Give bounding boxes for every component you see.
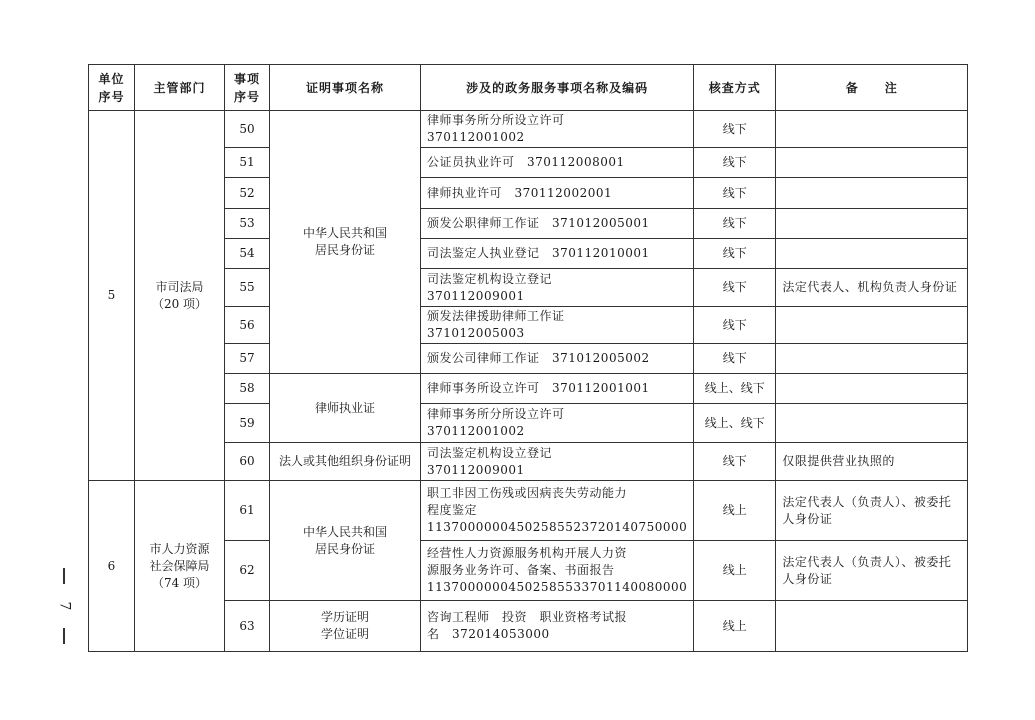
verification-method: 线下 xyxy=(694,239,776,269)
unit-no: 5 xyxy=(89,111,135,481)
verification-method: 线下 xyxy=(694,178,776,209)
item-no: 53 xyxy=(225,209,270,239)
remark: 法定代表人（负责人）、被委托人身份证 xyxy=(776,541,968,601)
item-no: 50 xyxy=(225,111,270,148)
department: 市司法局（20 项） xyxy=(135,111,225,481)
item-no: 55 xyxy=(225,269,270,307)
table-row: 6 市人力资源社会保障局（74 项） 61 中华人民共和国居民身份证 职工非因工… xyxy=(89,481,968,541)
verification-method: 线上 xyxy=(694,541,776,601)
verification-method: 线下 xyxy=(694,269,776,307)
item-no: 52 xyxy=(225,178,270,209)
verification-method: 线上 xyxy=(694,601,776,652)
service-item: 职工非因工伤残或因病丧失劳动能力程度鉴定11370000004502585523… xyxy=(421,481,694,541)
page-number: 7 xyxy=(52,568,76,644)
service-item: 律师执业许可 370112002001 xyxy=(421,178,694,209)
remark: 法定代表人、机构负责人身份证 xyxy=(776,269,968,307)
header-remarks: 备 注 xyxy=(776,65,968,111)
item-no: 56 xyxy=(225,307,270,344)
remark xyxy=(776,239,968,269)
certificate-name: 法人或其他组织身份证明 xyxy=(270,443,421,481)
service-item: 颁发公司律师工作证 371012005002 xyxy=(421,344,694,374)
verification-method: 线下 xyxy=(694,443,776,481)
item-no: 59 xyxy=(225,404,270,443)
unit-no: 6 xyxy=(89,481,135,652)
verification-method: 线下 xyxy=(694,111,776,148)
service-item: 咨询工程师 投资 职业资格考试报名 372014053000 xyxy=(421,601,694,652)
verification-method: 线上、线下 xyxy=(694,404,776,443)
remark xyxy=(776,374,968,404)
table-row: 5 市司法局（20 项） 50 中华人民共和国居民身份证 律师事务所分所设立许可… xyxy=(89,111,968,148)
service-item: 经营性人力资源服务机构开展人力资源服务业务许可、备案、书面报告113700000… xyxy=(421,541,694,601)
remark xyxy=(776,404,968,443)
service-item: 律师事务所设立许可 370112001001 xyxy=(421,374,694,404)
verification-method: 线下 xyxy=(694,148,776,178)
remark: 法定代表人（负责人）、被委托人身份证 xyxy=(776,481,968,541)
remark xyxy=(776,148,968,178)
certificate-items-table: 单位序号 主管部门 事项序号 证明事项名称 涉及的政务服务事项名称及编码 核查方… xyxy=(88,64,968,652)
page-number-value: 7 xyxy=(57,602,71,611)
certificate-name: 中华人民共和国居民身份证 xyxy=(270,481,421,601)
header-item-no: 事项序号 xyxy=(225,65,270,111)
item-no: 54 xyxy=(225,239,270,269)
item-no: 58 xyxy=(225,374,270,404)
verification-method: 线上 xyxy=(694,481,776,541)
header-unit-no: 单位序号 xyxy=(89,65,135,111)
remark xyxy=(776,307,968,344)
service-item: 司法鉴定人执业登记 370112010001 xyxy=(421,239,694,269)
verification-method: 线下 xyxy=(694,307,776,344)
header-service-item: 涉及的政务服务事项名称及编码 xyxy=(421,65,694,111)
item-no: 62 xyxy=(225,541,270,601)
item-no: 51 xyxy=(225,148,270,178)
verification-method: 线上、线下 xyxy=(694,374,776,404)
certificate-name: 中华人民共和国居民身份证 xyxy=(270,111,421,374)
service-item: 律师事务所分所设立许可370112001002 xyxy=(421,404,694,443)
remark: 仅限提供营业执照的 xyxy=(776,443,968,481)
verification-method: 线下 xyxy=(694,344,776,374)
table-header-row: 单位序号 主管部门 事项序号 证明事项名称 涉及的政务服务事项名称及编码 核查方… xyxy=(89,65,968,111)
item-no: 63 xyxy=(225,601,270,652)
item-no: 61 xyxy=(225,481,270,541)
service-item: 司法鉴定机构设立登记370112009001 xyxy=(421,269,694,307)
page-number-dash-bottom xyxy=(63,628,65,644)
remark xyxy=(776,209,968,239)
header-department: 主管部门 xyxy=(135,65,225,111)
item-no: 60 xyxy=(225,443,270,481)
header-certificate-name: 证明事项名称 xyxy=(270,65,421,111)
certificate-name: 律师执业证 xyxy=(270,374,421,443)
verification-method: 线下 xyxy=(694,209,776,239)
service-item: 律师事务所分所设立许可370112001002 xyxy=(421,111,694,148)
remark xyxy=(776,178,968,209)
item-no: 57 xyxy=(225,344,270,374)
service-item: 颁发法律援助律师工作证371012005003 xyxy=(421,307,694,344)
page-number-dash-top xyxy=(63,568,65,584)
service-item: 颁发公职律师工作证 371012005001 xyxy=(421,209,694,239)
service-item: 司法鉴定机构设立登记370112009001 xyxy=(421,443,694,481)
department: 市人力资源社会保障局（74 项） xyxy=(135,481,225,652)
remark xyxy=(776,601,968,652)
header-verification-method: 核查方式 xyxy=(694,65,776,111)
service-item: 公证员执业许可 370112008001 xyxy=(421,148,694,178)
remark xyxy=(776,344,968,374)
remark xyxy=(776,111,968,148)
certificate-name: 学历证明学位证明 xyxy=(270,601,421,652)
